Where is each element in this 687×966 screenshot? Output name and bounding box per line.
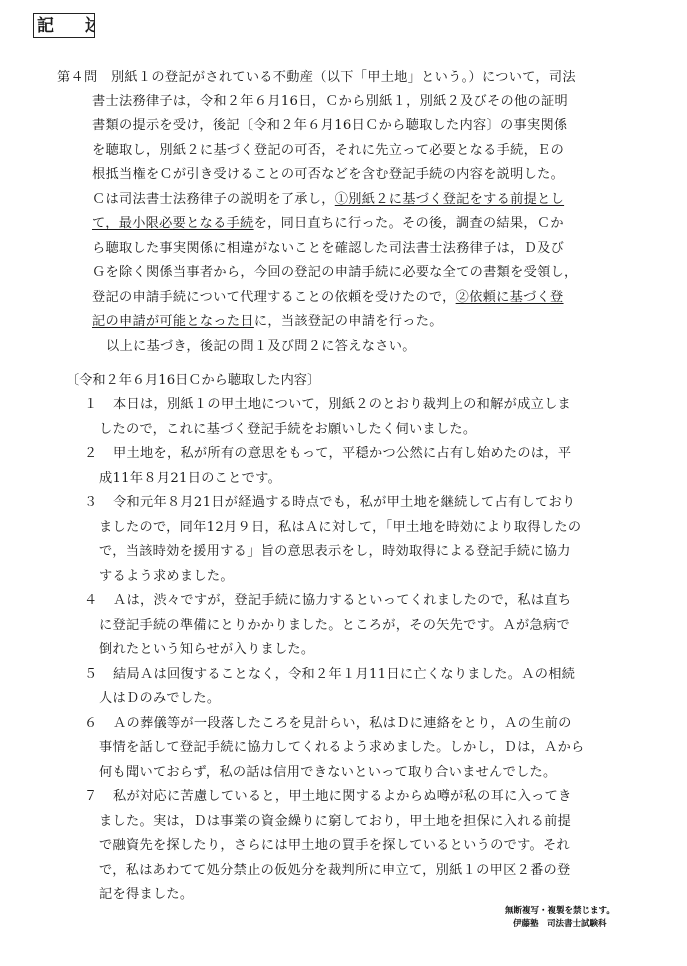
item-line: するよう求めました。	[99, 568, 234, 586]
question-line: て，最小限必要となる手続を，同日直ちに行った。その後，調査の結果，Ｃか	[92, 215, 564, 233]
item-line: 令和元年８月21日が経過する時点でも，私が甲土地を継続して占有しており	[113, 494, 575, 512]
underlined-text: 記の申請が可能となった日	[92, 314, 254, 329]
item-line: Ａの葬儀等が一段落したころを見計らい，私はＤに連絡をとり，Ａの生前の	[113, 715, 572, 733]
item-number: ５	[84, 666, 98, 684]
underlined-text: ①別紙２に基づく登記をする前提とし	[335, 192, 564, 207]
item-line: 人はＤのみでした。	[99, 690, 220, 708]
item-line: 私が対応に苦慮していると，甲土地に関するよからぬ噂が私の耳に入ってき	[113, 788, 572, 806]
copyright-notice: 無断複写・複製を禁じます。	[505, 905, 615, 917]
item-line: ました。実は，Ｄは事業の資金繰りに窮しており，甲土地を担保に入れる前提	[99, 813, 571, 831]
item-number: １	[84, 396, 98, 414]
item-line: 甲土地を，私が所有の意思をもって，平穏かつ公然に占有し始めたのは，平	[113, 445, 571, 463]
text-segment: 書類の提示を受け，後記〔令和２年６月16日Ｃから聴取した内容〕の事実関係	[92, 118, 567, 133]
question-line: ら聴取した事実関係に相違がないことを確認した司法書士法務律子は，Ｄ及び	[92, 240, 564, 258]
item-line: 成11年８月21日のことです。	[99, 470, 281, 488]
question-line: 書類の提示を受け，後記〔令和２年６月16日Ｃから聴取した内容〕の事実関係	[92, 117, 567, 135]
text-segment: 書士法務律子は，令和２年６月16日，Ｃから別紙１，別紙２及びその他の証明	[92, 94, 568, 109]
question-line: 以上に基づき，後記の問１及び問２に答えなさい。	[106, 338, 416, 356]
question-line: 第４問 別紙１の登記がされている不動産（以下「甲土地」という。）について，司法	[57, 69, 576, 87]
item-line: 倒れたという知らせが入りました。	[99, 641, 314, 659]
item-number: ７	[84, 788, 98, 806]
publisher-name: 伊藤塾 司法書士試験科	[513, 918, 607, 930]
item-line: に登記手続の準備にとりかかりました。ところが，その矢先です。Ａが急病で	[99, 617, 570, 635]
question-line: Ｃは司法書士法務律子の説明を了承し，①別紙２に基づく登記をする前提とし	[92, 191, 564, 209]
item-line: ましたので，同年12月９日，私はＡに対して，「甲土地を時効により取得したの	[99, 519, 581, 537]
section-title: 記 述 編	[33, 13, 95, 38]
text-segment: 根抵当権をＣが引き受けることの可否などを含む登記手続の内容を説明した。	[92, 167, 564, 182]
item-line: 何も聞いておらず，私の話は信用できないといって取り合いませんでした。	[99, 764, 557, 782]
text-segment: を，同日直ちに行った。その後，調査の結果，Ｃか	[254, 216, 564, 231]
text-segment: 以上に基づき，後記の問１及び問２に答えなさい。	[106, 339, 416, 354]
item-line: したので，これに基づく登記手続をお願いしたく伺いました。	[99, 421, 476, 439]
question-line: 書士法務律子は，令和２年６月16日，Ｃから別紙１，別紙２及びその他の証明	[92, 93, 568, 111]
question-line: Ｇを除く関係当事者から，今回の登記の申請手続に必要な全ての書類を受領し，	[92, 264, 578, 282]
hearing-heading: 〔令和２年６月16日Ｃから聴取した内容〕	[66, 372, 320, 390]
item-number: ３	[84, 494, 98, 512]
text-segment: Ｇを除く関係当事者から，今回の登記の申請手続に必要な全ての書類を受領し，	[92, 265, 578, 280]
underlined-text: て，最小限必要となる手続	[92, 216, 254, 231]
question-line: を聴取し，別紙２に基づく登記の可否，それに先立って必要となる手続，Ｅの	[92, 142, 564, 160]
item-number: ２	[84, 445, 98, 463]
text-segment: ら聴取した事実関係に相違がないことを確認した司法書士法務律子は，Ｄ及び	[92, 241, 564, 256]
item-line: 結局Ａは回復することなく，令和２年１月11日に亡くなりました。Ａの相続	[113, 666, 575, 684]
text-segment: に，当該登記の申請を行った。	[254, 314, 443, 329]
item-line: 事情を話して登記手続に協力してくれるよう求めました。しかし，Ｄは，Ａから	[99, 739, 585, 757]
item-number: ６	[84, 715, 98, 733]
item-line: で，当該時効を援用する」旨の意思表示をし，時効取得による登記手続に協力	[99, 543, 571, 561]
text-segment: を聴取し，別紙２に基づく登記の可否，それに先立って必要となる手続，Ｅの	[92, 143, 564, 158]
item-line: 本日は，別紙１の甲土地について，別紙２のとおり裁判上の和解が成立しま	[113, 396, 571, 414]
item-line: で，私はあわてて処分禁止の仮処分を裁判所に申立て，別紙１の甲区２番の登	[99, 862, 571, 880]
underlined-text: ②依頼に基づく登	[456, 290, 564, 305]
question-line: 登記の申請手続について代理することの依頼を受けたので，②依頼に基づく登	[92, 289, 564, 307]
text-segment: 第４問 別紙１の登記がされている不動産（以下「甲土地」という。）について，司法	[57, 70, 576, 85]
question-line: 根抵当権をＣが引き受けることの可否などを含む登記手続の内容を説明した。	[92, 166, 564, 184]
question-line: 記の申請が可能となった日に，当該登記の申請を行った。	[92, 313, 443, 331]
item-line: Ａは，渋々ですが，登記手続に協力するといってくれましたので，私は直ち	[113, 592, 571, 610]
item-line: で融資先を探したり，さらには甲土地の買手を探しているというのです。それ	[99, 837, 570, 855]
text-segment: 登記の申請手続について代理することの依頼を受けたので，	[92, 290, 456, 305]
item-number: ４	[84, 592, 98, 610]
item-line: 記を得ました。	[99, 886, 193, 904]
exam-page: 記 述 編 第４問 別紙１の登記がされている不動産（以下「甲土地」という。）につ…	[0, 0, 687, 966]
text-segment: Ｃは司法書士法務律子の説明を了承し，	[92, 192, 335, 207]
